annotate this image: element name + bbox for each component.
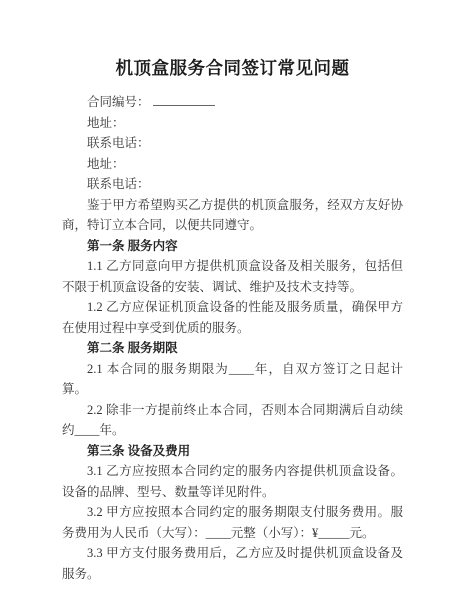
clause-2-2: 2.2 除非一方提前终止本合同，否则本合同期满后自动续约____年。 [62,400,403,441]
address-field-1: 地址： [62,113,403,134]
clause-1-1: 1.1 乙方同意向甲方提供机顶盒设备及相关服务，包括但不限于机顶盒设备的安装、调… [62,256,403,297]
phone-field-1: 联系电话： [62,133,403,154]
phone-label-2: 联系电话： [87,177,150,191]
contract-number-blank [153,94,215,106]
contract-number-field: 合同编号： [62,92,403,113]
document-title: 机顶盒服务合同签订常见问题 [62,57,403,80]
preamble-paragraph: 鉴于甲方希望购买乙方提供的机顶盒服务，经双方友好协商，特订立本合同，以便共同遵守… [62,195,403,236]
phone-field-2: 联系电话： [62,174,403,195]
contract-number-label: 合同编号： [87,95,150,109]
address-label-2: 地址： [87,157,125,171]
section-1-heading: 第一条 服务内容 [62,236,403,257]
phone-label-1: 联系电话： [87,136,150,150]
clause-3-1: 3.1 乙方应按照本合同约定的服务内容提供机顶盒设备。设备的品牌、型号、数量等详… [62,461,403,502]
clause-1-2: 1.2 乙方应保证机顶盒设备的性能及服务质量，确保甲方在使用过程中享受到优质的服… [62,297,403,338]
contract-document-page: 机顶盒服务合同签订常见问题 合同编号： 地址： 联系电话： 地址： 联系电话： … [0,0,463,600]
address-label-1: 地址： [87,116,125,130]
clause-2-1: 2.1 本合同的服务期限为____年，自双方签订之日起计算。 [62,359,403,400]
section-2-heading: 第二条 服务期限 [62,338,403,359]
clause-3-2: 3.2 甲方应按照本合同约定的服务期限支付服务费用。服务费用为人民币（大写）：_… [62,502,403,543]
section-3-heading: 第三条 设备及费用 [62,441,403,462]
address-field-2: 地址： [62,154,403,175]
clause-3-3: 3.3 甲方支付服务费用后，乙方应及时提供机顶盒设备及服务。 [62,543,403,584]
